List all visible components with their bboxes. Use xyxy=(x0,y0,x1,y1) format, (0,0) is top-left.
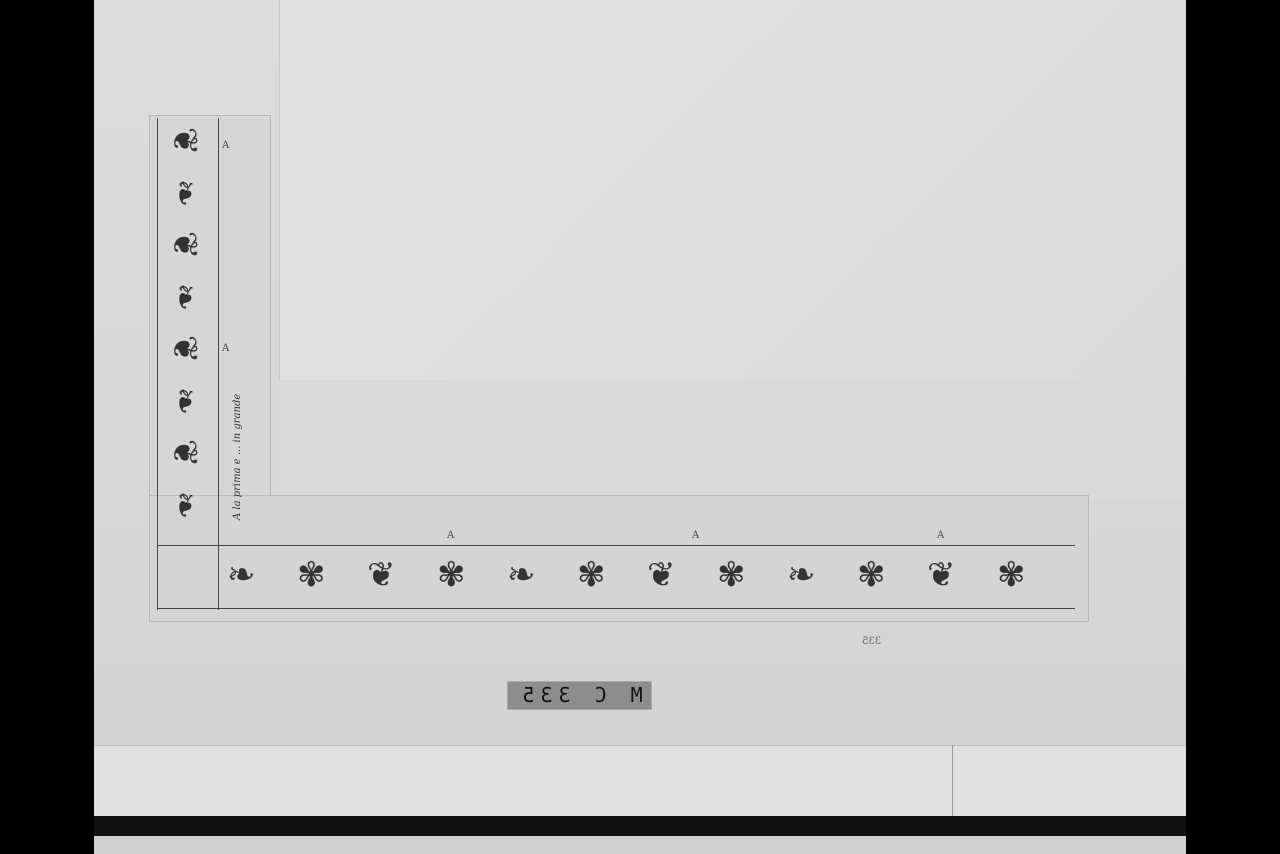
frieze-ornament: ❧ xyxy=(167,491,201,520)
pencil-number: 335 xyxy=(862,636,881,647)
catalog-label: M C 335 xyxy=(507,681,652,710)
frieze-ornament: ❧ xyxy=(507,558,536,592)
lower-margin xyxy=(94,836,1186,854)
photograph: ❦❧❦❧❦❧❦❧ ❧✾❦✾❧✾❦✾❧✾❦✾ A A A A A A la pri… xyxy=(94,0,1186,854)
frieze-ornament: ✾ xyxy=(577,558,606,592)
frieze-ornament: ❧ xyxy=(167,283,201,312)
section-mark: A xyxy=(692,530,699,541)
section-mark: A xyxy=(447,530,454,541)
frieze-ornament: ❧ xyxy=(227,558,256,592)
section-mark: A xyxy=(222,140,229,151)
frieze-ornament: ❧ xyxy=(167,179,201,208)
frieze-ornament: ❦ xyxy=(167,231,201,260)
frieze-ornament: ✾ xyxy=(297,558,326,592)
section-mark: A xyxy=(937,530,944,541)
frieze-ornament: ❦ xyxy=(367,558,396,592)
film-edge-bar xyxy=(94,816,1186,836)
frieze-ornament: ❧ xyxy=(787,558,816,592)
frieze-ornament: ❦ xyxy=(167,127,201,156)
middle-paper-strip xyxy=(274,380,1184,500)
horizontal-frieze: ❧✾❦✾❧✾❦✾❧✾❦✾ xyxy=(157,545,1075,609)
frieze-ornament: ❦ xyxy=(167,439,201,468)
frieze-ornament: ❦ xyxy=(927,558,956,592)
frieze-ornament: ❦ xyxy=(647,558,676,592)
section-mark: A xyxy=(222,343,229,354)
frieze-ornament: ❦ xyxy=(167,335,201,364)
handwritten-note: A la prima e ... in grande xyxy=(232,320,243,520)
frieze-ornament: ✾ xyxy=(717,558,746,592)
lower-paper-sheet xyxy=(94,745,1186,818)
vertical-frieze: ❦❧❦❧❦❧❦❧ xyxy=(157,118,219,610)
frieze-ornament: ✾ xyxy=(437,558,466,592)
frieze-ornament: ❧ xyxy=(167,387,201,416)
frieze-ornament: ✾ xyxy=(997,558,1026,592)
frieze-ornament: ✾ xyxy=(857,558,886,592)
upper-paper-sheet xyxy=(279,0,1185,383)
